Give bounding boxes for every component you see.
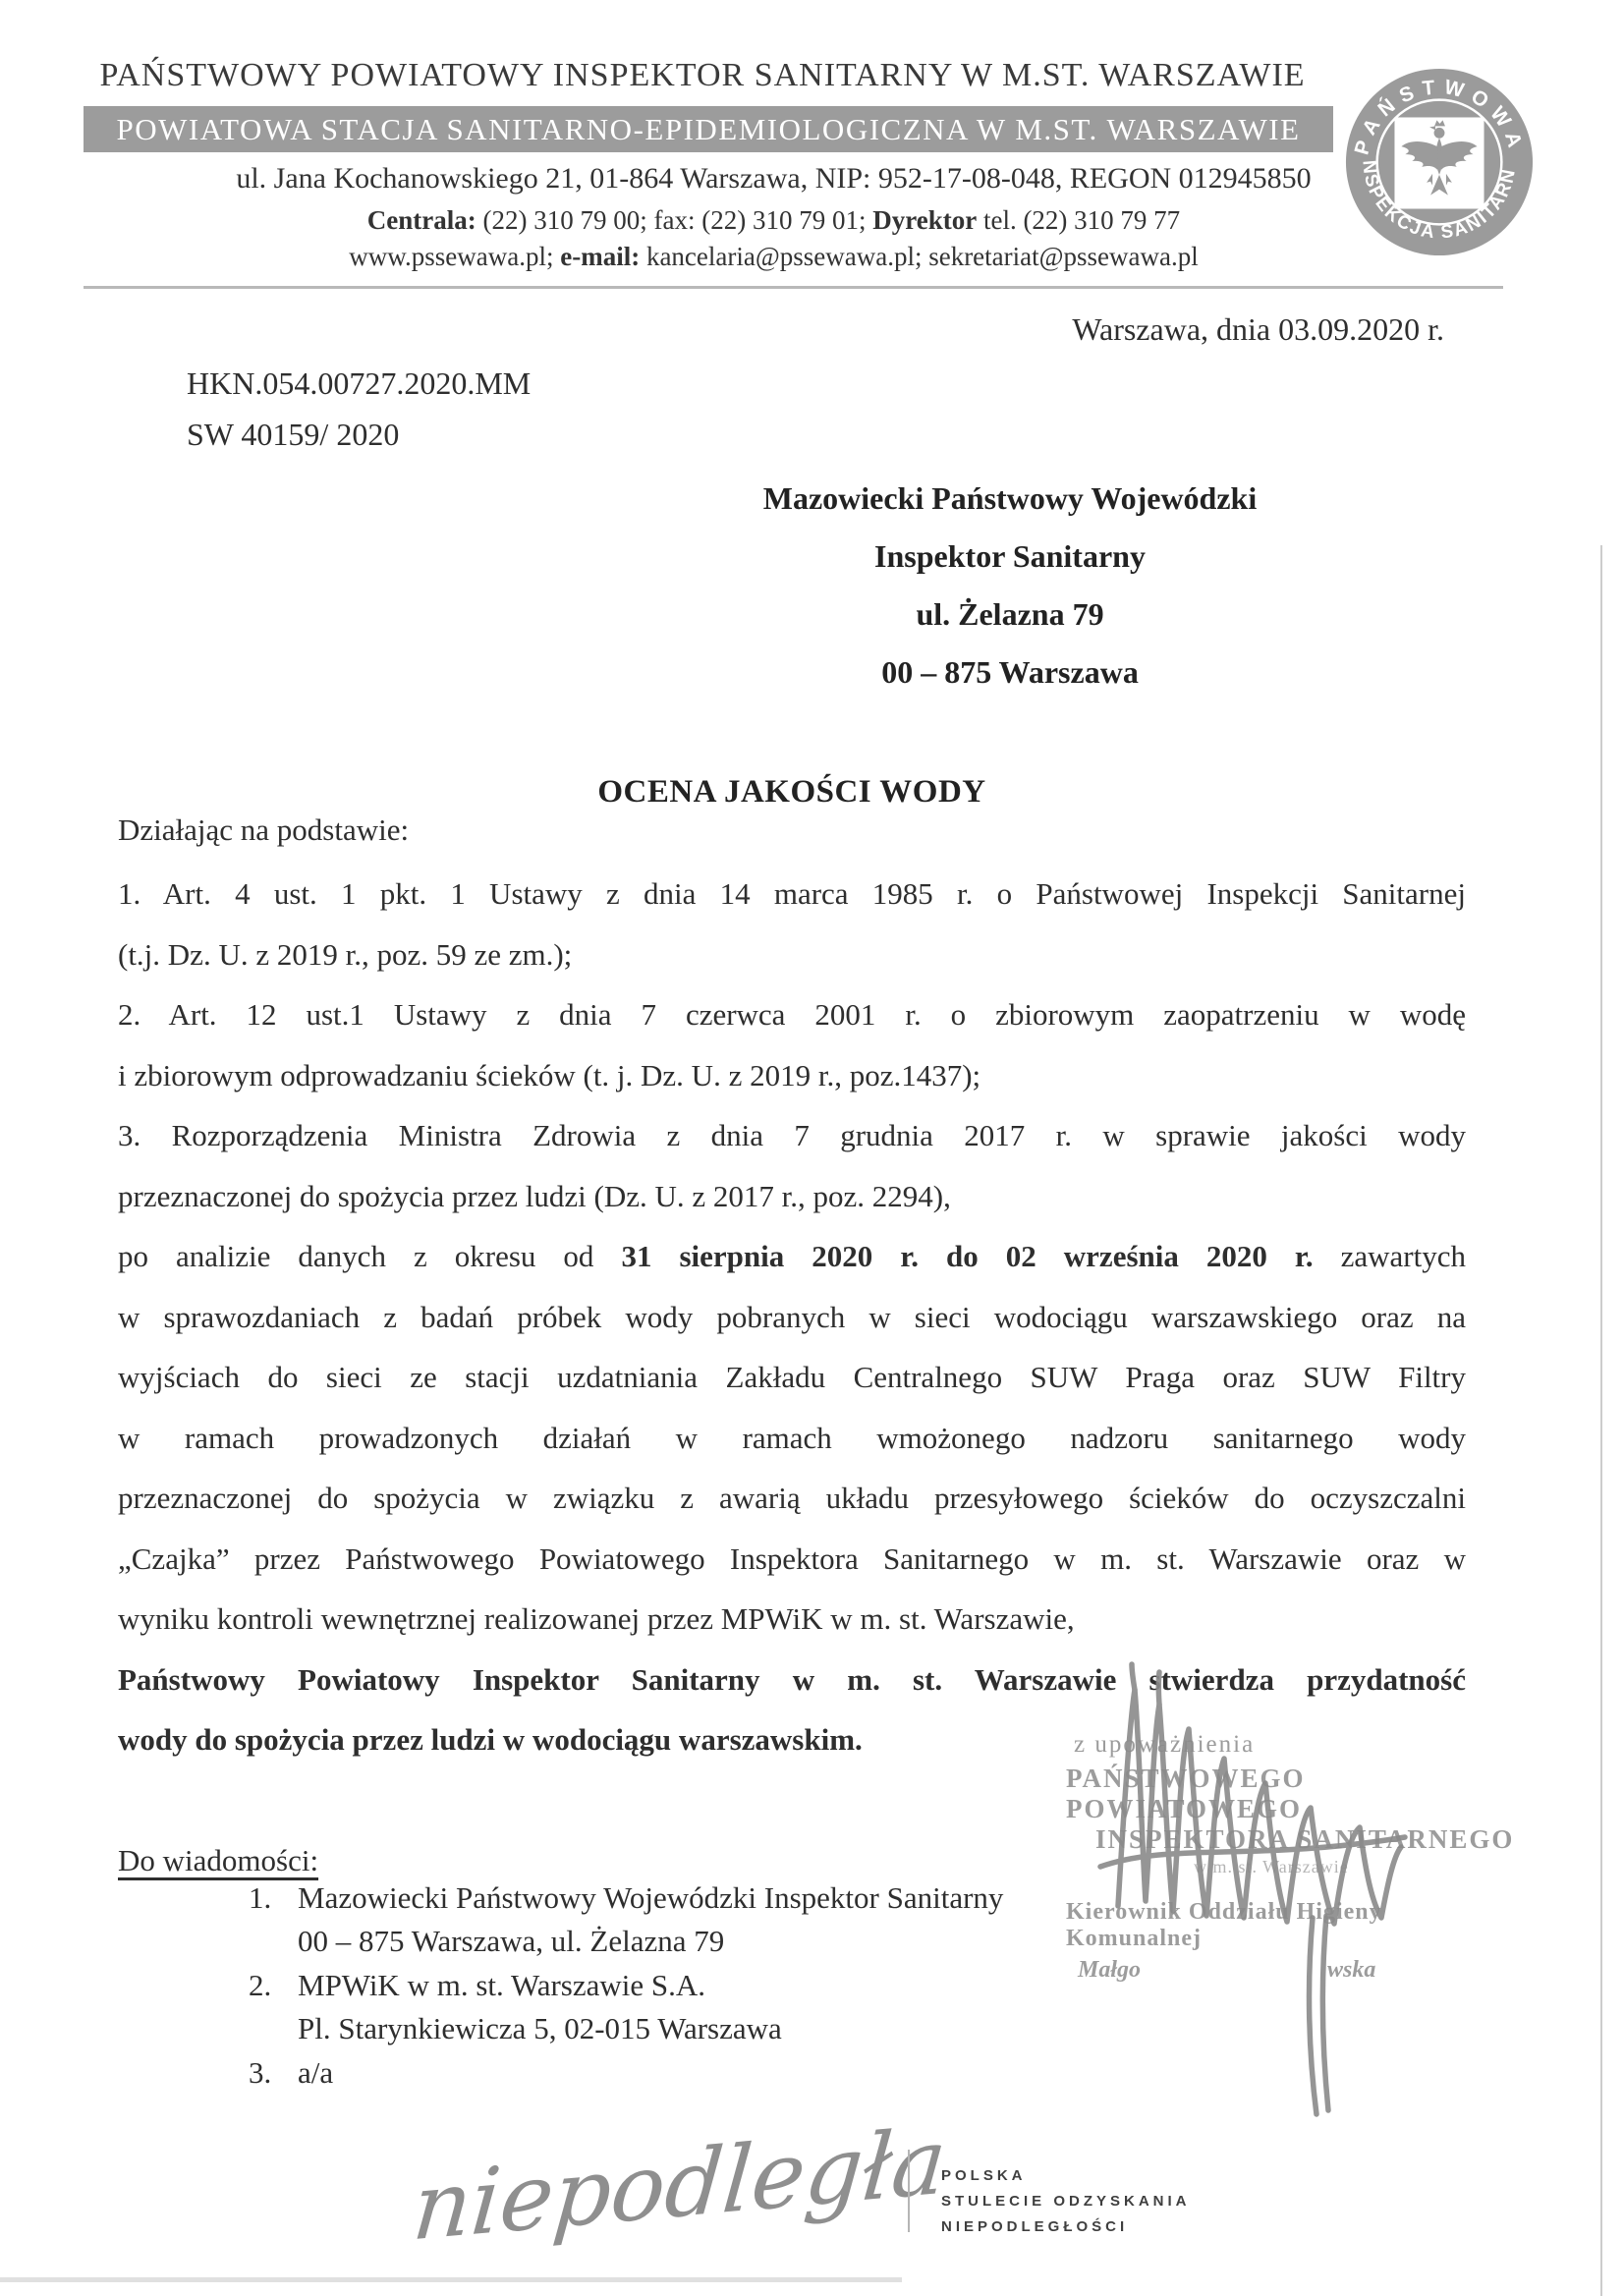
document-title: OCENA JAKOŚCI WODY <box>118 774 1466 811</box>
cc-item-line: a/a <box>298 2051 1133 2095</box>
addressee-line: ul. Żelazna 79 <box>588 586 1432 644</box>
cc-item-number: 1. <box>249 1876 271 1920</box>
header-address-line: ul. Jana Kochanowskiego 21, 01-864 Warsz… <box>84 159 1464 198</box>
cc-item-line: 00 – 875 Warszawa, ul. Żelazna 79 <box>298 1920 1133 1963</box>
footer-logo-caption: POLSKA STULECIE ODZYSKANIA NIEPODLEGŁOŚC… <box>941 2163 1295 2240</box>
phones-numbers: (22) 310 79 00; fax: (22) 310 79 01; <box>476 205 872 235</box>
stamp-line: w m. st. Warszawie <box>1194 1857 1518 1877</box>
header-divider-rule <box>84 286 1503 289</box>
body-line: wyniku kontroli wewnętrznej realizowanej… <box>118 1589 1466 1650</box>
body-line: „Czajka” przez Państwowego Powiatowego I… <box>118 1529 1466 1590</box>
date-line: Warszawa, dnia 03.09.2020 r. <box>982 310 1444 348</box>
body-line: przeznaczonej do spożycia przez ludzi (D… <box>118 1166 1466 1227</box>
body-line: po analizie danych z okresu od 31 sierpn… <box>118 1226 1466 1287</box>
footer-logo-divider <box>908 2150 910 2232</box>
reference-number-2: SW 40159/ 2020 <box>187 417 399 453</box>
web-url: www.pssewawa.pl; <box>349 242 560 271</box>
stamp-signee-name: Małgowska <box>1078 1957 1518 1985</box>
cc-item-line: MPWiK w m. st. Warszawie S.A. <box>298 1964 1133 2007</box>
body-line: 1. Art. 4 ust. 1 pkt. 1 Ustawy z dnia 14… <box>118 864 1466 924</box>
body-line: 2. Art. 12 ust.1 Ustawy z dnia 7 czerwca… <box>118 984 1466 1045</box>
web-email-label: e-mail: <box>560 242 640 271</box>
stamp-line: z upoważnienia <box>1074 1731 1518 1760</box>
phones-dyrektor-number: tel. (22) 310 79 77 <box>977 205 1180 235</box>
cc-item-line: Pl. Starynkiewicza 5, 02-015 Warszawa <box>298 2007 1133 2050</box>
body-line: i zbiorowym odprowadzaniu ścieków (t. j.… <box>118 1045 1466 1106</box>
body-line: (t.j. Dz. U. z 2019 r., poz. 59 ze zm.); <box>118 924 1466 985</box>
addressee-line: 00 – 875 Warszawa <box>588 644 1432 701</box>
stamp-line: PAŃSTWOWEGO POWIATOWEGO <box>1066 1764 1518 1824</box>
sanitary-inspection-seal: PAŃSTWOWA INSPEKCJA SANITARNA <box>1342 65 1537 259</box>
cc-heading: Do wiadomości: <box>118 1843 318 1878</box>
body-line: wyjściach do sieci ze stacji uzdatniania… <box>118 1347 1466 1408</box>
scan-artifact-horizontal-line <box>0 2277 902 2282</box>
addressee-block: Mazowiecki Państwowy Wojewódzki Inspekto… <box>588 470 1432 701</box>
intro-line: Działając na podstawie: <box>118 812 409 848</box>
body-line: w sprawozdaniach z badań próbek wody pob… <box>118 1287 1466 1348</box>
phones-label-dyrektor: Dyrektor <box>872 205 977 235</box>
body-line-conclusion: Państwowy Powiatowy Inspektor Sanitarny … <box>118 1650 1466 1710</box>
body-line: przeznaczonej do spożycia w związku z aw… <box>118 1468 1466 1529</box>
cc-item: 1. Mazowiecki Państwowy Wojewódzki Inspe… <box>249 1876 1133 1963</box>
web-emails: kancelaria@pssewawa.pl; sekretariat@psse… <box>640 242 1199 271</box>
authorization-stamp: z upoważnienia PAŃSTWOWEGO POWIATOWEGO I… <box>1066 1731 1518 1984</box>
cc-item-line: Mazowiecki Państwowy Wojewódzki Inspekto… <box>298 1876 1133 1920</box>
cc-item: 3. a/a <box>249 2051 1133 2095</box>
footer-caption-line: POLSKA <box>941 2163 1295 2189</box>
phones-label-centrala: Centrala: <box>367 205 476 235</box>
body-line: 3. Rozporządzenia Ministra Zdrowia z dni… <box>118 1105 1466 1166</box>
stamp-line: INSPEKTORA SANITARNEGO <box>1095 1824 1518 1855</box>
header-institution-name: PAŃSTWOWY POWIATOWY INSPEKTOR SANITARNY … <box>88 53 1316 98</box>
header-phones-line: Centrala: (22) 310 79 00; fax: (22) 310 … <box>84 202 1464 238</box>
body-text: 1. Art. 4 ust. 1 pkt. 1 Ustawy z dnia 14… <box>118 864 1466 1770</box>
cc-item: 2. MPWiK w m. st. Warszawie S.A. Pl. Sta… <box>249 1964 1133 2050</box>
reference-number-1: HKN.054.00727.2020.MM <box>187 365 531 402</box>
niepodlegla-logo: niepodległa <box>406 2083 890 2293</box>
scanned-letter-page: PAŃSTWOWY POWIATOWY INSPEKTOR SANITARNY … <box>0 0 1624 2296</box>
stamp-line: Kierownik Oddziału Higieny Komunalnej <box>1066 1899 1518 1953</box>
addressee-line: Mazowiecki Państwowy Wojewódzki <box>588 470 1432 528</box>
cc-item-number: 2. <box>249 1964 271 2007</box>
cc-item-number: 3. <box>249 2051 271 2095</box>
addressee-line: Inspektor Sanitarny <box>588 528 1432 586</box>
header-web-line: www.pssewawa.pl; e-mail: kancelaria@psse… <box>84 239 1464 274</box>
footer-caption-line: NIEPODLEGŁOŚCI <box>941 2214 1295 2240</box>
footer-caption-line: STULECIE ODZYSKANIA <box>941 2189 1295 2214</box>
body-line: w ramach prowadzonych działań w ramach w… <box>118 1408 1466 1469</box>
header-station-banner: POWIATOWA STACJA SANITARNO-EPIDEMIOLOGIC… <box>84 106 1333 152</box>
scan-artifact-vertical-line <box>1600 545 1602 2296</box>
